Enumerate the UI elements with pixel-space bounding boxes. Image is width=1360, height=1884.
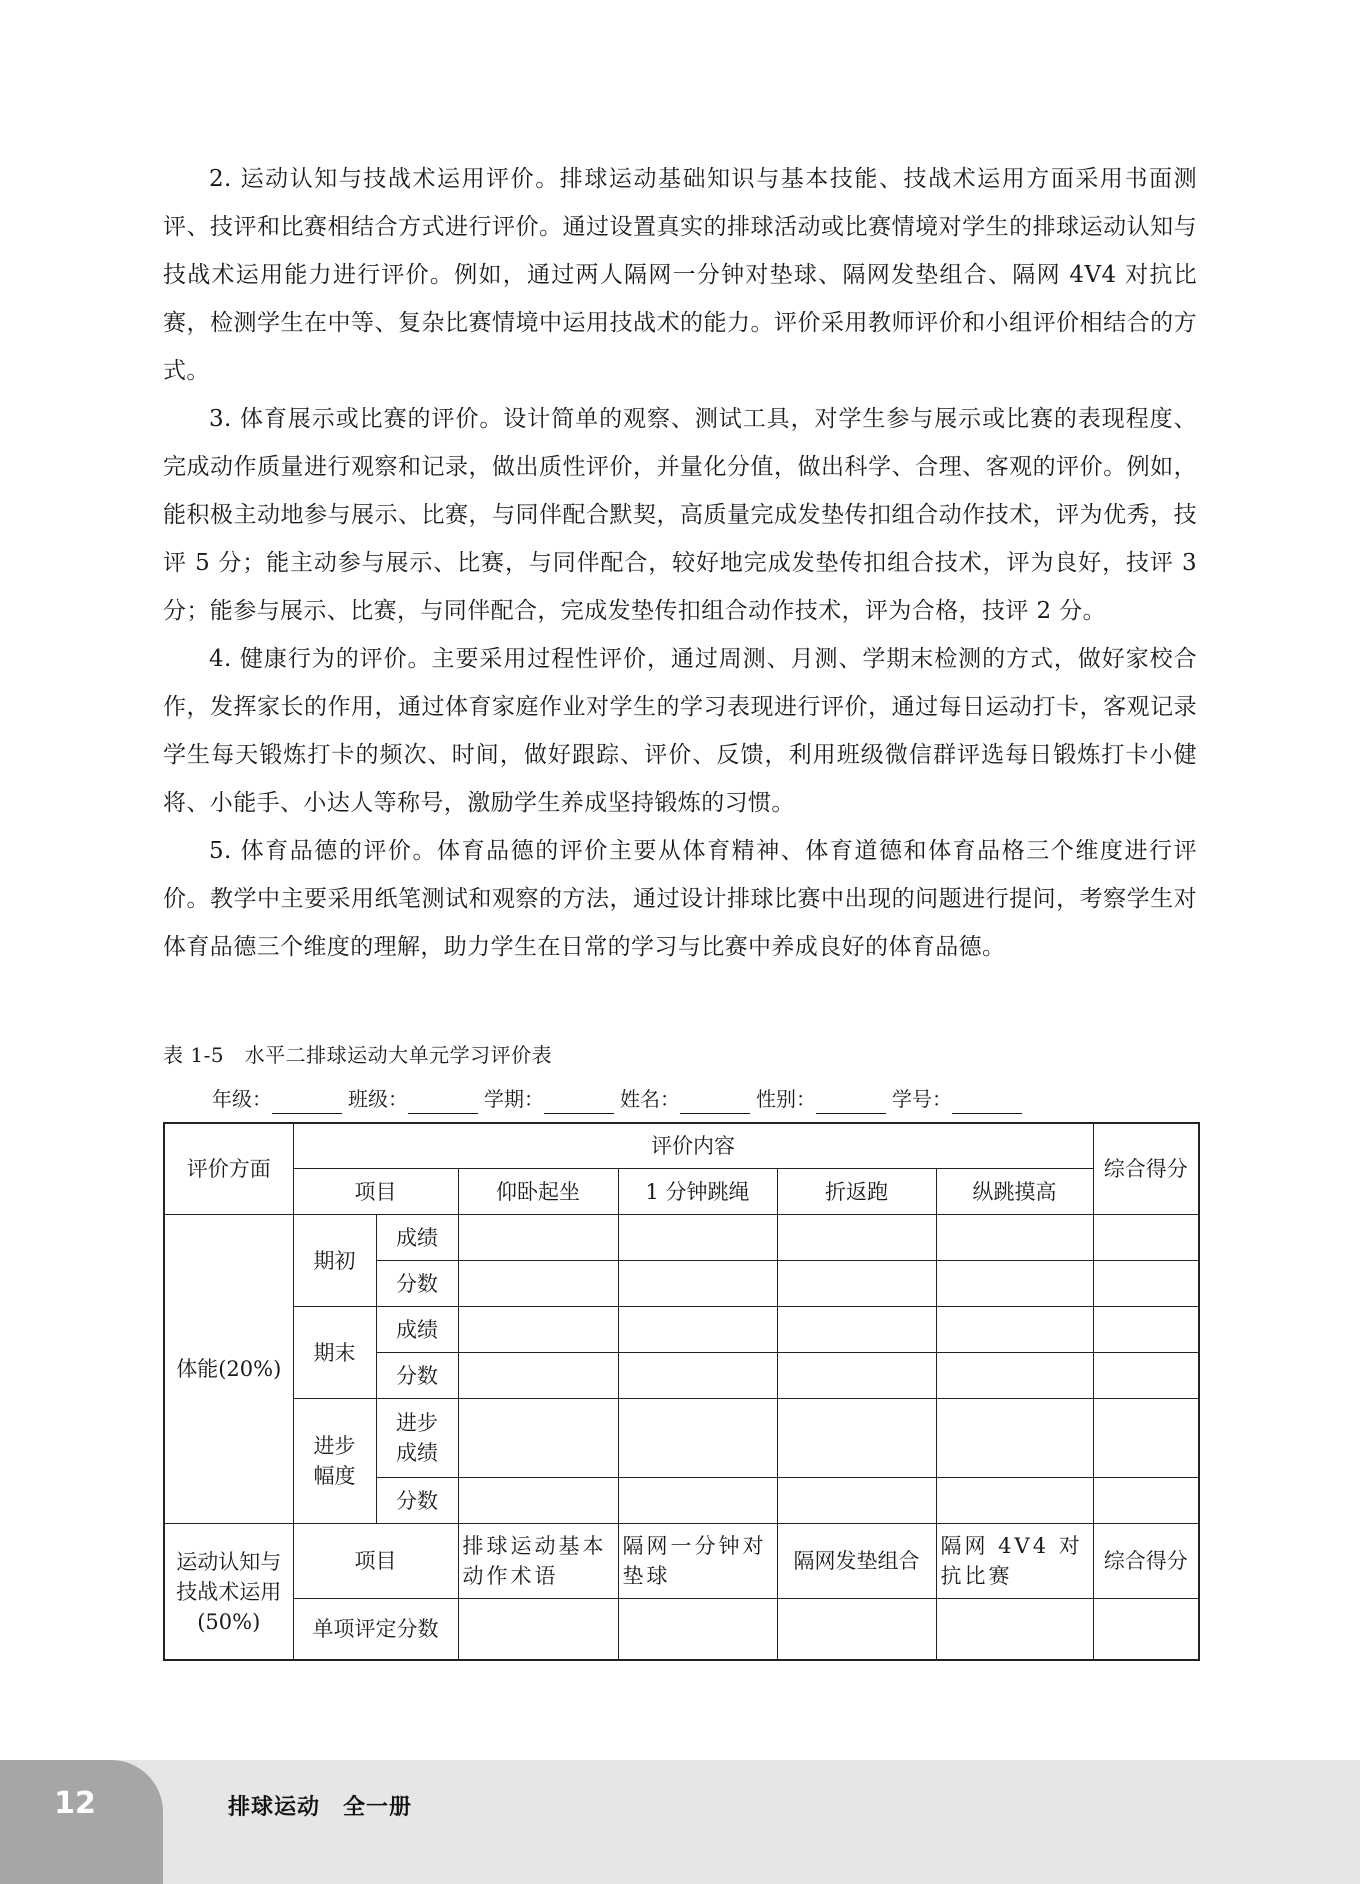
gender-label: 性别：	[756, 1084, 816, 1114]
row-label-result: 成绩	[376, 1215, 458, 1261]
input-cell[interactable]	[777, 1478, 936, 1524]
name-label: 姓名：	[620, 1084, 680, 1114]
student-id-blank[interactable]	[952, 1091, 1022, 1114]
student-info-fields: 年级： 班级： 学期： 姓名： 性别： 学号：	[212, 1084, 1028, 1114]
input-cell[interactable]	[777, 1215, 936, 1261]
table-row: 体能(20%) 期初 成绩	[164, 1215, 1199, 1261]
body-text: 2. 运动认知与技战术运用评价。排球运动基础知识与基本技能、技战术运用方面采用书…	[163, 155, 1197, 971]
row-label-score: 分数	[376, 1353, 458, 1399]
input-cell[interactable]	[1093, 1399, 1199, 1478]
group-end-term: 期末	[293, 1307, 376, 1399]
input-cell[interactable]	[618, 1307, 777, 1353]
input-cell[interactable]	[1093, 1478, 1199, 1524]
row-label-progress-result: 进步成绩	[376, 1399, 458, 1478]
header-content: 评价内容	[293, 1123, 1093, 1169]
evaluation-table: 评价方面 评价内容 综合得分 项目 仰卧起坐 1 分钟跳绳 折返跑 纵跳摸高 体…	[163, 1122, 1200, 1661]
input-cell[interactable]	[777, 1599, 936, 1661]
student-id-label: 学号：	[892, 1084, 952, 1114]
table-row: 单项评定分数	[164, 1599, 1199, 1661]
input-cell[interactable]	[618, 1215, 777, 1261]
class-blank[interactable]	[408, 1091, 478, 1114]
paragraph-sportsmanship-evaluation: 5. 体育品德的评价。体育品德的评价主要从体育精神、体育道德和体育品格三个维度进…	[163, 827, 1197, 971]
input-cell[interactable]	[458, 1399, 618, 1478]
input-cell[interactable]	[777, 1353, 936, 1399]
header-total: 综合得分	[1093, 1123, 1199, 1215]
page-number-tab	[0, 1760, 163, 1884]
cognition-score-label: 单项评定分数	[293, 1599, 458, 1661]
grade-blank[interactable]	[272, 1091, 342, 1114]
grade-field[interactable]: 年级：	[212, 1084, 348, 1114]
class-field[interactable]: 班级：	[348, 1084, 484, 1114]
row-label-score: 分数	[376, 1478, 458, 1524]
fitness-label: 体能(20%)	[164, 1215, 293, 1524]
header-jump-rope: 1 分钟跳绳	[618, 1169, 777, 1215]
gender-blank[interactable]	[816, 1091, 886, 1114]
student-id-field[interactable]: 学号：	[892, 1084, 1028, 1114]
input-cell[interactable]	[458, 1307, 618, 1353]
paragraph-health-evaluation: 4. 健康行为的评价。主要采用过程性评价，通过周测、月测、学期末检测的方式，做好…	[163, 635, 1197, 827]
gender-field[interactable]: 性别：	[756, 1084, 892, 1114]
input-cell[interactable]	[936, 1215, 1093, 1261]
input-cell[interactable]	[618, 1399, 777, 1478]
paragraph-performance-evaluation: 3. 体育展示或比赛的评价。设计简单的观察、测试工具，对学生参与展示或比赛的表现…	[163, 395, 1197, 635]
input-cell[interactable]	[1093, 1307, 1199, 1353]
class-label: 班级：	[348, 1084, 408, 1114]
page-number: 12	[0, 1786, 150, 1821]
group-progress: 进步幅度	[293, 1399, 376, 1524]
name-blank[interactable]	[680, 1091, 750, 1114]
input-cell[interactable]	[618, 1353, 777, 1399]
header-item: 项目	[293, 1169, 458, 1215]
input-cell[interactable]	[1093, 1353, 1199, 1399]
input-cell[interactable]	[936, 1307, 1093, 1353]
input-cell[interactable]	[936, 1261, 1093, 1307]
table-caption: 表 1-5 水平二排球运动大单元学习评价表	[163, 1040, 552, 1070]
input-cell[interactable]	[1093, 1599, 1199, 1661]
cognition-col-net-pass: 隔网一分钟对垫球	[618, 1524, 777, 1599]
input-cell[interactable]	[458, 1215, 618, 1261]
input-cell[interactable]	[1093, 1215, 1199, 1261]
term-blank[interactable]	[544, 1091, 614, 1114]
table-row: 期末 成绩	[164, 1307, 1199, 1353]
header-row-1: 评价方面 评价内容 综合得分	[164, 1123, 1199, 1169]
input-cell[interactable]	[458, 1261, 618, 1307]
input-cell[interactable]	[618, 1478, 777, 1524]
footer-band	[0, 1760, 1360, 1884]
input-cell[interactable]	[777, 1399, 936, 1478]
input-cell[interactable]	[1093, 1261, 1199, 1307]
input-cell[interactable]	[777, 1307, 936, 1353]
header-row-2: 项目 仰卧起坐 1 分钟跳绳 折返跑 纵跳摸高	[164, 1169, 1199, 1215]
term-label: 学期：	[484, 1084, 544, 1114]
cognition-col-serve-dig: 隔网发垫组合	[777, 1524, 936, 1599]
input-cell[interactable]	[936, 1599, 1093, 1661]
input-cell[interactable]	[458, 1478, 618, 1524]
table-row: 运动认知与技战术运用(50%) 项目 排球运动基本动作术语 隔网一分钟对垫球 隔…	[164, 1524, 1199, 1599]
term-field[interactable]: 学期：	[484, 1084, 620, 1114]
grade-label: 年级：	[212, 1084, 272, 1114]
input-cell[interactable]	[618, 1261, 777, 1307]
book-title: 排球运动 全一册	[228, 1790, 412, 1821]
cognition-col-basic-terms: 排球运动基本动作术语	[458, 1524, 618, 1599]
header-aspect: 评价方面	[164, 1123, 293, 1215]
group-start-term: 期初	[293, 1215, 376, 1307]
cognition-total: 综合得分	[1093, 1524, 1199, 1599]
input-cell[interactable]	[458, 1599, 618, 1661]
row-label-result: 成绩	[376, 1307, 458, 1353]
input-cell[interactable]	[936, 1478, 1093, 1524]
input-cell[interactable]	[777, 1261, 936, 1307]
input-cell[interactable]	[618, 1599, 777, 1661]
header-vertical-jump: 纵跳摸高	[936, 1169, 1093, 1215]
header-situps: 仰卧起坐	[458, 1169, 618, 1215]
cognition-label: 运动认知与技战术运用(50%)	[164, 1524, 293, 1661]
input-cell[interactable]	[936, 1399, 1093, 1478]
cognition-col-4v4-match: 隔网 4V4 对抗比赛	[936, 1524, 1093, 1599]
paragraph-cognition-evaluation: 2. 运动认知与技战术运用评价。排球运动基础知识与基本技能、技战术运用方面采用书…	[163, 155, 1197, 395]
name-field[interactable]: 姓名：	[620, 1084, 756, 1114]
row-label-score: 分数	[376, 1261, 458, 1307]
table-row: 进步幅度 进步成绩	[164, 1399, 1199, 1478]
cognition-item-label: 项目	[293, 1524, 458, 1599]
input-cell[interactable]	[458, 1353, 618, 1399]
input-cell[interactable]	[936, 1353, 1093, 1399]
header-shuttle-run: 折返跑	[777, 1169, 936, 1215]
